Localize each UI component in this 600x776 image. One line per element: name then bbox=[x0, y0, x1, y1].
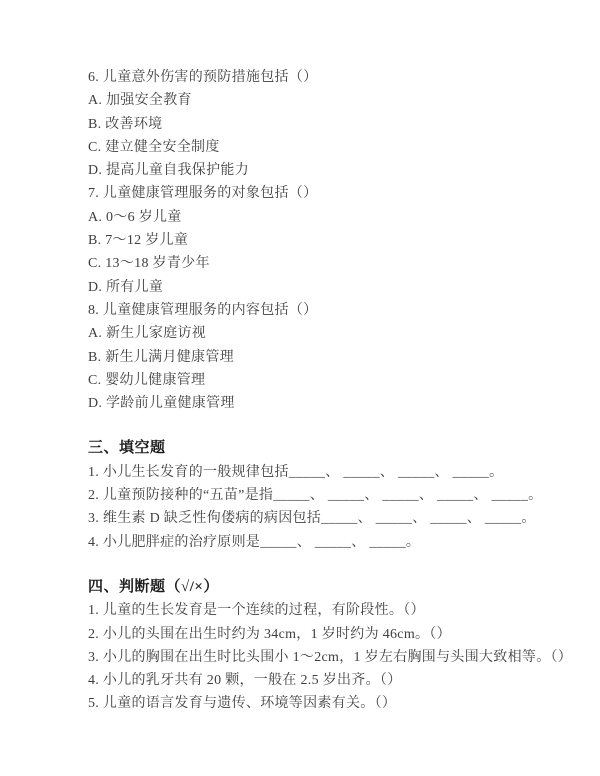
fill-in-item-4: 4. 小儿肥胖症的治疗原则是_____、 _____、 _____。 bbox=[88, 531, 550, 554]
question-7-text: 7. 儿童健康管理服务的对象包括（） bbox=[88, 182, 550, 205]
question-8-text: 8. 儿童健康管理服务的内容包括（） bbox=[88, 299, 550, 322]
judgment-item-5: 5. 儿童的语言发育与遗传、环境等因素有关。（） bbox=[88, 692, 550, 715]
question-6-option-a: A. 加强安全教育 bbox=[88, 89, 550, 112]
question-8-option-c: C. 婴幼儿健康管理 bbox=[88, 369, 550, 392]
question-8-option-a: A. 新生儿家庭访视 bbox=[88, 322, 550, 345]
judgment-item-1: 1. 儿童的生长发育是一个连续的过程，有阶段性。（） bbox=[88, 599, 550, 622]
judgment-item-4: 4. 小儿的乳牙共有 20 颗，一般在 2.5 岁出齐。（） bbox=[88, 669, 550, 692]
fill-in-section-heading: 三、填空题 bbox=[88, 437, 550, 460]
fill-in-item-3: 3. 维生素 D 缺乏性佝偻病的病因包括_____、 _____、 _____、… bbox=[88, 507, 550, 530]
judgment-item-3: 3. 小儿的胸围在出生时比头围小 1～2cm，1 岁左右胸围与头围大致相等。（） bbox=[88, 646, 550, 669]
question-6-option-d: D. 提高儿童自我保护能力 bbox=[88, 159, 550, 182]
question-6-option-b: B. 改善环境 bbox=[88, 113, 550, 136]
fill-in-item-1: 1. 小儿生长发育的一般规律包括_____、 _____、 _____、 ___… bbox=[88, 461, 550, 484]
question-7-option-a: A. 0～6 岁儿童 bbox=[88, 206, 550, 229]
question-8-option-d: D. 学龄前儿童健康管理 bbox=[88, 392, 550, 415]
question-6-text: 6. 儿童意外伤害的预防措施包括（） bbox=[88, 66, 550, 89]
question-7-option-c: C. 13～18 岁青少年 bbox=[88, 252, 550, 275]
judgment-item-2: 2. 小儿的头围在出生时约为 34cm，1 岁时约为 46cm。（） bbox=[88, 623, 550, 646]
exam-document-page: 6. 儿童意外伤害的预防措施包括（） A. 加强安全教育 B. 改善环境 C. … bbox=[0, 0, 600, 776]
fill-in-item-2: 2. 儿童预防接种的“五苗”是指_____、 _____、 _____、 ___… bbox=[88, 484, 550, 507]
judgment-section-heading: 四、判断题（√/×） bbox=[88, 576, 550, 599]
question-6-option-c: C. 建立健全安全制度 bbox=[88, 136, 550, 159]
judgment-section: 四、判断题（√/×） 1. 儿童的生长发育是一个连续的过程，有阶段性。（） 2.… bbox=[88, 576, 550, 716]
question-7-option-b: B. 7～12 岁儿童 bbox=[88, 229, 550, 252]
question-8-option-b: B. 新生儿满月健康管理 bbox=[88, 346, 550, 369]
question-7-option-d: D. 所有儿童 bbox=[88, 276, 550, 299]
multiple-choice-section: 6. 儿童意外伤害的预防措施包括（） A. 加强安全教育 B. 改善环境 C. … bbox=[88, 66, 550, 415]
fill-in-section: 三、填空题 1. 小儿生长发育的一般规律包括_____、 _____、 ____… bbox=[88, 437, 550, 553]
